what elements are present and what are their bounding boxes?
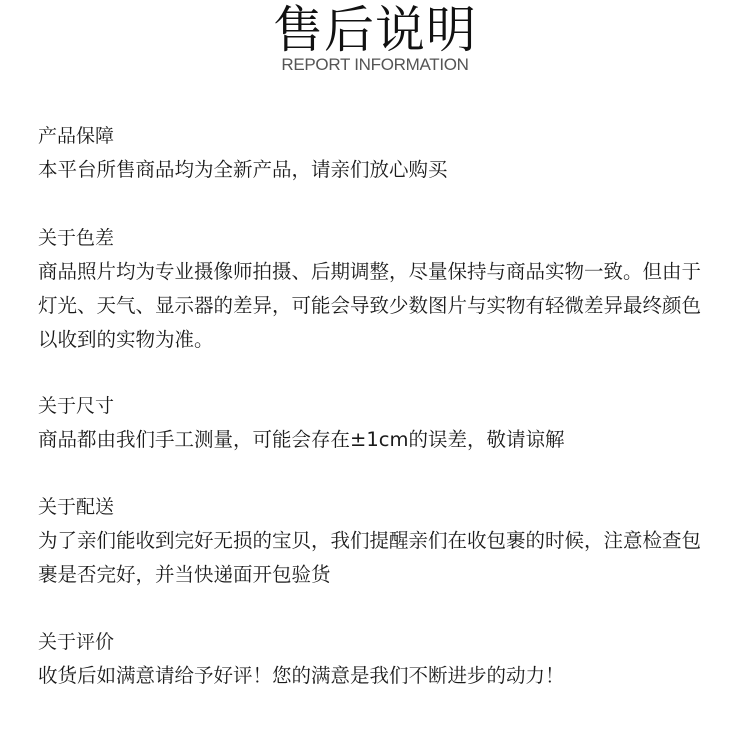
page-header: 售后说明 REPORT INFORMATION [0,0,750,74]
section-product-guarantee: 产品保障 本平台所售商品均为全新产品，请亲们放心购买 [38,119,718,187]
section-title: 关于尺寸 [38,389,718,423]
section-title: 关于评价 [38,625,718,659]
section-title: 关于配送 [38,490,718,524]
page-title: 售后说明 [0,2,750,58]
section-size: 关于尺寸 商品都由我们手工测量，可能会存在±1cm的误差，敬请谅解 [38,389,718,457]
section-body: 为了亲们能收到完好无损的宝贝，我们提醒亲们在收包裹的时候，注意检查包裹是否完好，… [38,524,718,592]
section-body: 本平台所售商品均为全新产品，请亲们放心购买 [38,153,718,187]
section-delivery: 关于配送 为了亲们能收到完好无损的宝贝，我们提醒亲们在收包裹的时候，注意检查包裹… [38,490,718,592]
section-body: 商品照片均为专业摄像师拍摄、后期调整，尽量保持与商品实物一致。但由于灯光、天气、… [38,255,718,357]
page-subtitle: REPORT INFORMATION [0,56,750,74]
section-body: 商品都由我们手工测量，可能会存在±1cm的误差，敬请谅解 [38,423,718,457]
section-body: 收货后如满意请给予好评！您的满意是我们不断进步的动力！ [38,659,718,693]
section-title: 关于色差 [38,221,718,255]
section-title: 产品保障 [38,119,718,153]
section-color-difference: 关于色差 商品照片均为专业摄像师拍摄、后期调整，尽量保持与商品实物一致。但由于灯… [38,221,718,357]
section-review: 关于评价 收货后如满意请给予好评！您的满意是我们不断进步的动力！ [38,625,718,693]
